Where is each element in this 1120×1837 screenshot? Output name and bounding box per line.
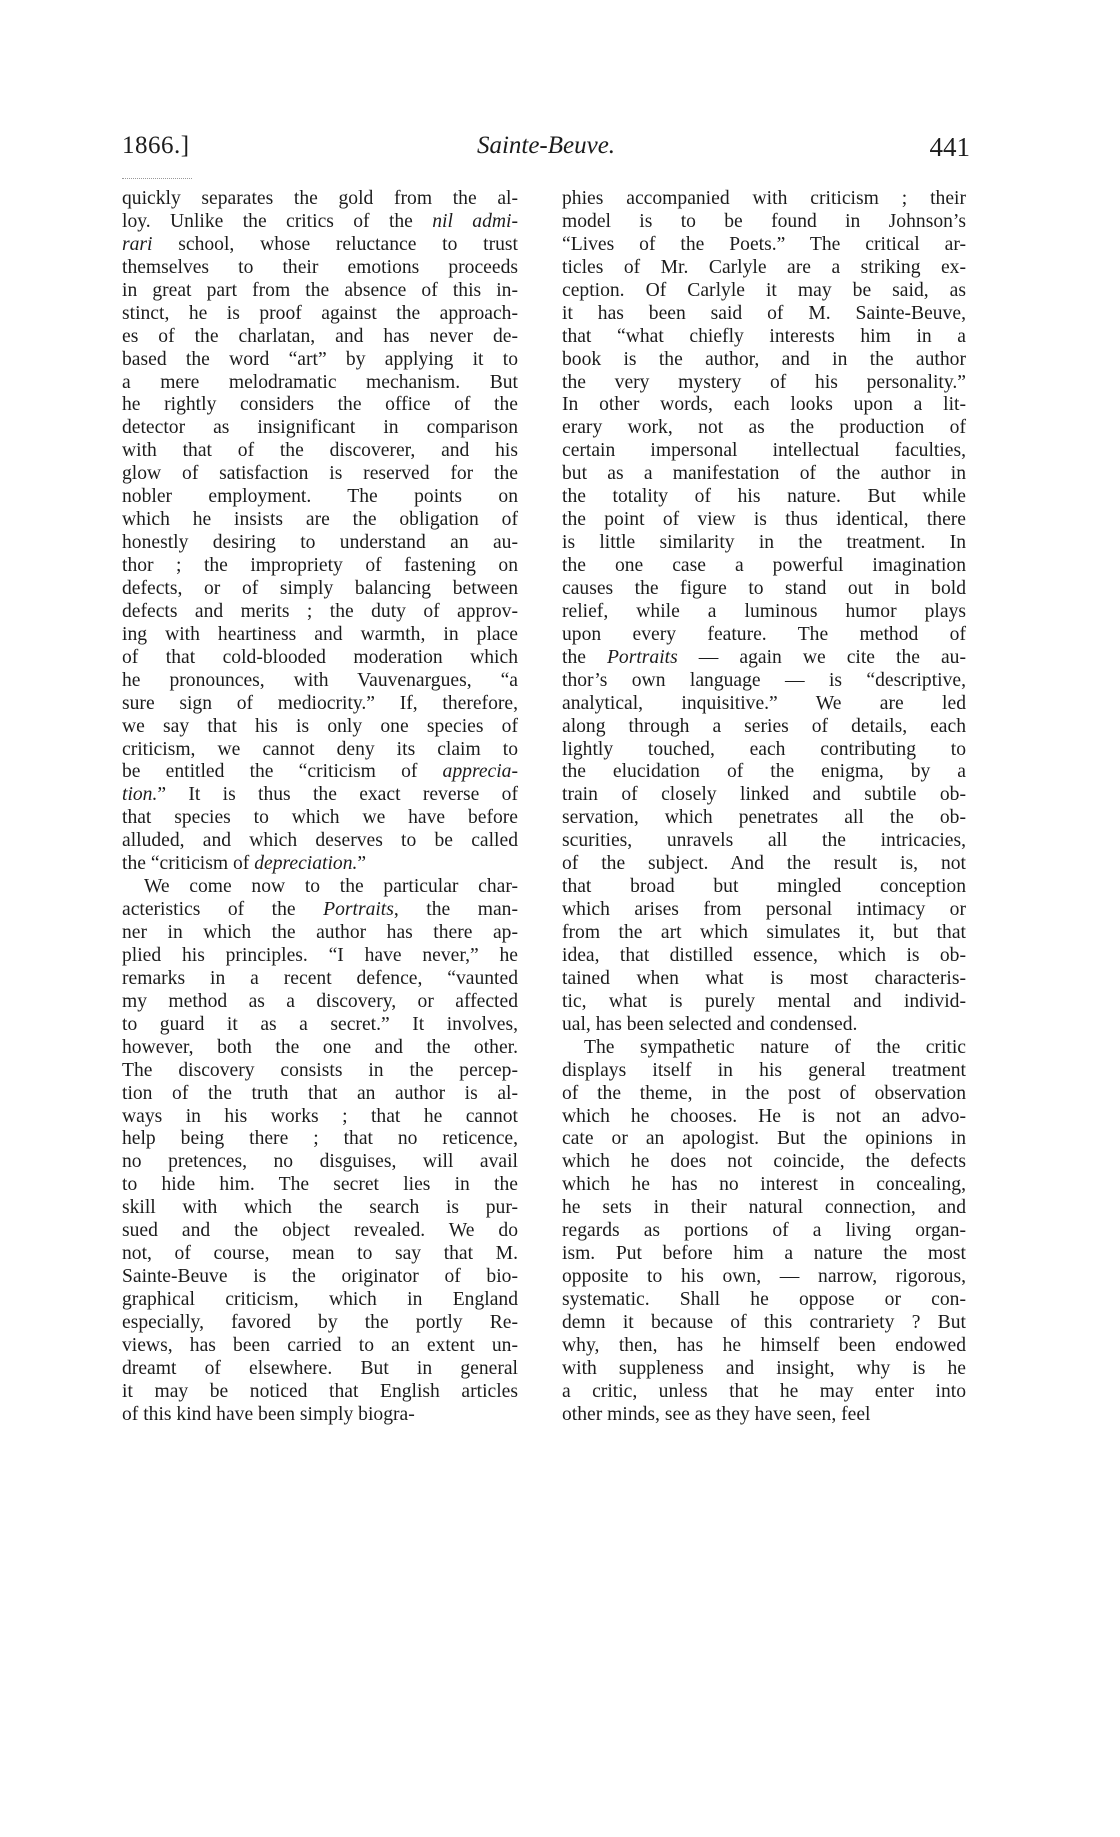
text-line: ual, has been selected and condensed. [562, 1014, 966, 1037]
text-line: be entitled the “criticism of apprecia- [122, 761, 518, 784]
text-line: causes the figure to stand out in bold [562, 578, 966, 601]
text-line: the very mystery of his personality.” [562, 372, 966, 395]
text-line: “Lives of the Poets.” The critical ar- [562, 234, 966, 257]
text-line: tained when what is most characteris- [562, 968, 966, 991]
text-line: a mere melodramatic mechanism. But [122, 372, 518, 395]
text-line: In other words, each looks upon a lit- [562, 394, 966, 417]
text-line: servation, which penetrates all the ob- [562, 807, 966, 830]
text-line: themselves to their emotions proceeds [122, 257, 518, 280]
text-line: tion of the truth that an author is al- [122, 1083, 518, 1106]
text-line: quickly separates the gold from the al- [122, 188, 518, 211]
text-line: of that cold-blooded moderation which [122, 647, 518, 670]
text-line: dreamt of elsewhere. But in general [122, 1358, 518, 1381]
text-line: views, has been carried to an extent un- [122, 1335, 518, 1358]
text-line: he pronounces, with Vauvenargues, “a [122, 670, 518, 693]
text-line: plied his principles. “I have never,” he [122, 945, 518, 968]
text-line: detector as insignificant in comparison [122, 417, 518, 440]
header-title: Sainte-Beuve. [122, 132, 970, 160]
text-line: the elucidation of the enigma, by a [562, 761, 966, 784]
running-header: 1866.] Sainte-Beuve. 441 [122, 132, 970, 172]
text-line: of the theme, in the post of observation [562, 1083, 966, 1106]
text-line: ception. Of Carlyle it may be said, as [562, 280, 966, 303]
left-column: quickly separates the gold from the al-l… [122, 188, 518, 1427]
text-line: my method as a discovery, or affected [122, 991, 518, 1014]
text-line: scurities, unravels all the intricacies, [562, 830, 966, 853]
text-line: criticism, we cannot deny its claim to [122, 739, 518, 762]
text-line: model is to be found in Johnson’s [562, 211, 966, 234]
text-line: to hide him. The secret lies in the [122, 1174, 518, 1197]
text-line: idea, that distilled essence, which is o… [562, 945, 966, 968]
text-line: why, then, has he himself been endowed [562, 1335, 966, 1358]
text-line: opposite to his own, — narrow, rigorous, [562, 1266, 966, 1289]
text-line: we say that his is only one species of [122, 716, 518, 739]
text-line: a critic, unless that he may enter into [562, 1381, 966, 1404]
text-line: which he has no interest in concealing, [562, 1174, 966, 1197]
text-line: with suppleness and insight, why is he [562, 1358, 966, 1381]
text-line: which arises from personal intimacy or [562, 899, 966, 922]
text-line: We come now to the particular char- [122, 876, 518, 899]
text-line: that broad but mingled conception [562, 876, 966, 899]
text-line: of the subject. And the result is, not [562, 853, 966, 876]
text-line: sued and the object revealed. We do [122, 1220, 518, 1243]
text-line: book is the author, and in the author [562, 349, 966, 372]
text-line: especially, favored by the portly Re- [122, 1312, 518, 1335]
text-line: nobler employment. The points on [122, 486, 518, 509]
text-line: alluded, and which deserves to be called [122, 830, 518, 853]
text-line: which he chooses. He is not an advo- [562, 1106, 966, 1129]
text-line: help being there ; that no reticence, [122, 1128, 518, 1151]
text-line: erary work, not as the production of [562, 417, 966, 440]
text-line: but as a manifestation of the author in [562, 463, 966, 486]
text-line: in great part from the absence of this i… [122, 280, 518, 303]
text-line: rari school, whose reluctance to trust [122, 234, 518, 257]
text-line: the one case a powerful imagination [562, 555, 966, 578]
text-line: that “what chiefly interests him in a [562, 326, 966, 349]
text-line: es of the charlatan, and has never de- [122, 326, 518, 349]
right-column: phies accompanied with criticism ; their… [562, 188, 966, 1427]
text-line: defects and merits ; the duty of approv- [122, 601, 518, 624]
text-line: along through a series of details, each [562, 716, 966, 739]
text-line: defects, or of simply balancing between [122, 578, 518, 601]
text-line: sure sign of mediocrity.” If, therefore, [122, 693, 518, 716]
text-line: upon every feature. The method of [562, 624, 966, 647]
text-line: however, both the one and the other. [122, 1037, 518, 1060]
text-line: thor’s own language — is “descriptive, [562, 670, 966, 693]
text-line: stinct, he is proof against the approach… [122, 303, 518, 326]
text-line: tion.” It is thus the exact reverse of [122, 784, 518, 807]
text-line: acteristics of the Portraits, the man- [122, 899, 518, 922]
text-line: of this kind have been simply biogra- [122, 1404, 518, 1427]
text-line: based the word “art” by applying it to [122, 349, 518, 372]
text-line: analytical, inquisitive.” We are led [562, 693, 966, 716]
text-line: train of closely linked and subtile ob- [562, 784, 966, 807]
page-number: 441 [930, 132, 971, 163]
text-line: no pretences, no disguises, will avail [122, 1151, 518, 1174]
text-line: the point of view is thus identical, the… [562, 509, 966, 532]
text-line: that species to which we have before [122, 807, 518, 830]
text-line: ticles of Mr. Carlyle are a striking ex- [562, 257, 966, 280]
text-line: ways in his works ; that he cannot [122, 1106, 518, 1129]
text-line: thor ; the impropriety of fastening on [122, 555, 518, 578]
text-line: which he insists are the obligation of [122, 509, 518, 532]
text-line: cate or an apologist. But the opinions i… [562, 1128, 966, 1151]
scan-mark [122, 178, 192, 182]
text-line: he rightly considers the office of the [122, 394, 518, 417]
text-line: remarks in a recent defence, “vaunted [122, 968, 518, 991]
text-line: The sympathetic nature of the critic [562, 1037, 966, 1060]
text-line: which he does not coincide, the defects [562, 1151, 966, 1174]
text-line: tic, what is purely mental and individ- [562, 991, 966, 1014]
text-line: it has been said of M. Sainte-Beuve, [562, 303, 966, 326]
text-line: regards as portions of a living organ- [562, 1220, 966, 1243]
text-line: glow of satisfaction is reserved for the [122, 463, 518, 486]
text-line: relief, while a luminous humor plays [562, 601, 966, 624]
text-line: he sets in their natural connection, and [562, 1197, 966, 1220]
text-line: from the art which simulates it, but tha… [562, 922, 966, 945]
text-line: to guard it as a secret.” It involves, [122, 1014, 518, 1037]
text-line: with that of the discoverer, and his [122, 440, 518, 463]
text-line: other minds, see as they have seen, feel [562, 1404, 966, 1427]
text-line: systematic. Shall he oppose or con- [562, 1289, 966, 1312]
text-line: skill with which the search is pur- [122, 1197, 518, 1220]
text-line: the “criticism of depreciation.” [122, 853, 518, 876]
text-line: Sainte-Beuve is the originator of bio- [122, 1266, 518, 1289]
text-line: is little similarity in the treatment. I… [562, 532, 966, 555]
text-line: lightly touched, each contributing to [562, 739, 966, 762]
text-line: certain impersonal intellectual facultie… [562, 440, 966, 463]
text-line: it may be noticed that English articles [122, 1381, 518, 1404]
text-line: The discovery consists in the percep- [122, 1060, 518, 1083]
text-line: ing with heartiness and warmth, in place [122, 624, 518, 647]
text-line: phies accompanied with criticism ; their [562, 188, 966, 211]
text-line: demn it because of this contrariety ? Bu… [562, 1312, 966, 1335]
text-line: the Portraits — again we cite the au- [562, 647, 966, 670]
text-line: not, of course, mean to say that M. [122, 1243, 518, 1266]
text-line: the totality of his nature. But while [562, 486, 966, 509]
text-line: ism. Put before him a nature the most [562, 1243, 966, 1266]
text-line: loy. Unlike the critics of the nil admi- [122, 211, 518, 234]
text-line: ner in which the author has there ap- [122, 922, 518, 945]
text-line: graphical criticism, which in England [122, 1289, 518, 1312]
text-line: displays itself in his general treatment [562, 1060, 966, 1083]
text-line: honestly desiring to understand an au- [122, 532, 518, 555]
